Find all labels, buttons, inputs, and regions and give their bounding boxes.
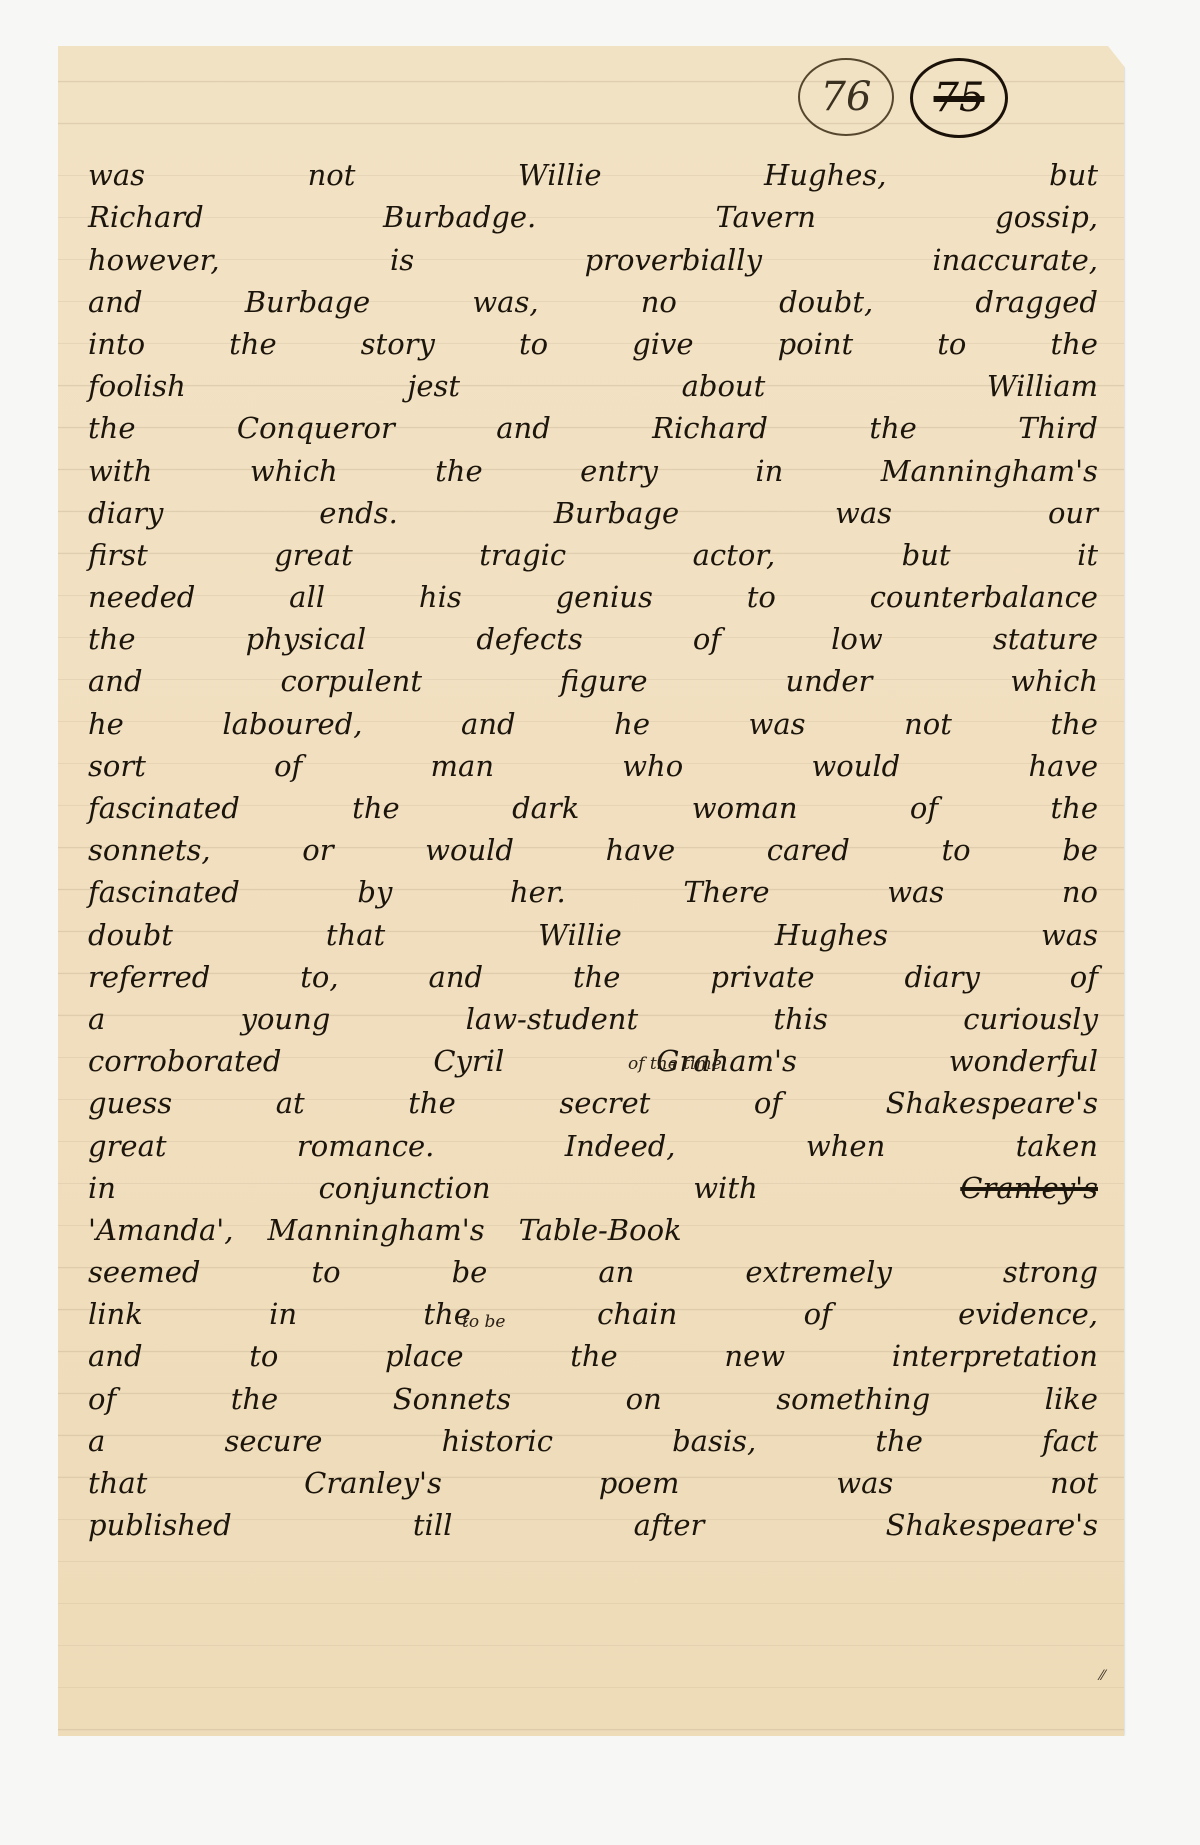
manuscript-word: who — [622, 749, 683, 783]
manuscript-word: basis, — [672, 1424, 756, 1458]
manuscript-word: Conqueror — [237, 411, 395, 445]
manuscript-word: a — [88, 1002, 105, 1036]
manuscript-line: however,isproverbiallyinaccurate, — [88, 234, 1098, 276]
manuscript-word: entry — [580, 454, 658, 488]
manuscript-line: wasnotWillieHughes,but — [88, 150, 1098, 192]
manuscript-word: about — [682, 369, 766, 403]
manuscript-word: in — [755, 454, 783, 488]
manuscript-line: foolishjestaboutWilliam — [88, 361, 1098, 403]
manuscript-word: the — [435, 454, 483, 488]
manuscript-word: and — [429, 960, 484, 994]
manuscript-word: woman — [692, 791, 798, 825]
pencil-mark: ⁄⁄ — [1100, 1668, 1105, 1684]
manuscript-word: with — [693, 1171, 757, 1205]
manuscript-word: no — [1062, 875, 1098, 909]
manuscript-word: the — [408, 1086, 456, 1120]
manuscript-word: dark — [512, 791, 579, 825]
manuscript-line: asecurehistoricbasis,thefact — [88, 1416, 1098, 1458]
manuscript-word: he — [88, 707, 124, 741]
manuscript-line: inconjunctionwithCranley's — [88, 1163, 1098, 1205]
manuscript-word: law-student — [466, 1002, 638, 1036]
manuscript-word: that — [88, 1466, 147, 1500]
manuscript-word: published — [88, 1508, 232, 1542]
manuscript-line: RichardBurbadge.Taverngossip, — [88, 192, 1098, 234]
manuscript-word: have — [1028, 749, 1098, 783]
manuscript-word: William — [987, 369, 1098, 403]
manuscript-word: to — [941, 833, 970, 867]
manuscript-word: after — [634, 1508, 705, 1542]
manuscript-word: laboured, — [222, 707, 362, 741]
manuscript-word: in — [269, 1297, 297, 1331]
manuscript-word: foolish — [88, 369, 186, 403]
manuscript-word: secret — [559, 1086, 650, 1120]
manuscript-word: like — [1045, 1382, 1098, 1416]
manuscript-word: give — [632, 327, 693, 361]
manuscript-word: the — [1050, 791, 1098, 825]
manuscript-word: Shakespeare's — [886, 1508, 1098, 1542]
manuscript-word: stature — [993, 622, 1098, 656]
manuscript-word: private — [710, 960, 814, 994]
manuscript-word: story — [361, 327, 435, 361]
manuscript-word: Hughes, — [764, 158, 886, 192]
manuscript-word: Cranley's — [960, 1171, 1098, 1205]
manuscript-word: it — [1077, 538, 1098, 572]
manuscript-word: Manningham's — [267, 1213, 484, 1247]
manuscript-line: andBurbagewas,nodoubt,dragged — [88, 277, 1098, 319]
manuscript-word: to, — [300, 960, 338, 994]
manuscript-word: and — [88, 285, 143, 319]
manuscript-word: man — [431, 749, 494, 783]
manuscript-line: doubtthatWillieHugheswas — [88, 909, 1098, 951]
manuscript-word: be — [1062, 833, 1098, 867]
manuscript-word: gossip, — [995, 200, 1098, 234]
manuscript-word: sort — [88, 749, 146, 783]
manuscript-word: which — [1010, 664, 1098, 698]
manuscript-word: which — [250, 454, 338, 488]
manuscript-word: was — [835, 496, 892, 530]
manuscript-word: romance. — [297, 1129, 434, 1163]
manuscript-word: chain — [597, 1297, 677, 1331]
manuscript-word: fascinated — [88, 791, 240, 825]
manuscript-word: physical — [246, 622, 367, 656]
manuscript-word: inaccurate, — [932, 243, 1098, 277]
manuscript-word: would — [425, 833, 514, 867]
manuscript-word: 'Amanda', — [88, 1213, 233, 1247]
interlinear-insertion: to be — [462, 1312, 505, 1332]
manuscript-word: but — [902, 538, 951, 572]
manuscript-word: figure — [560, 664, 648, 698]
manuscript-word: all — [289, 580, 325, 614]
manuscript-word: fact — [1042, 1424, 1098, 1458]
manuscript-word: the — [352, 791, 400, 825]
manuscript-line: theConquerorandRichardtheThird — [88, 403, 1098, 445]
manuscript-word: conjunction — [319, 1171, 491, 1205]
manuscript-word: genius — [556, 580, 653, 614]
manuscript-word: a — [88, 1424, 105, 1458]
manuscript-word: poem — [599, 1466, 680, 1500]
manuscript-word: needed — [88, 580, 195, 614]
manuscript-word: place — [385, 1339, 464, 1373]
manuscript-text: wasnotWillieHughes,butRichardBurbadge.Ta… — [88, 150, 1098, 1542]
manuscript-word: our — [1048, 496, 1098, 530]
manuscript-word: dragged — [975, 285, 1098, 319]
manuscript-line: withwhichtheentryinManningham's — [88, 445, 1098, 487]
manuscript-line: andtoplacethenewinterpretation — [88, 1331, 1098, 1373]
manuscript-word: guess — [88, 1086, 172, 1120]
manuscript-word: Cranley's — [304, 1466, 442, 1500]
manuscript-word: corpulent — [280, 664, 422, 698]
manuscript-word: There — [683, 875, 769, 909]
manuscript-word: of — [693, 622, 721, 656]
manuscript-word: not — [308, 158, 356, 192]
manuscript-word: have — [606, 833, 676, 867]
manuscript-word: was, — [472, 285, 538, 319]
manuscript-word: of — [1070, 960, 1098, 994]
manuscript-word: ends. — [319, 496, 398, 530]
manuscript-word: was — [887, 875, 944, 909]
manuscript-word: of — [804, 1297, 832, 1331]
manuscript-word: Willie — [538, 918, 622, 952]
manuscript-word: not — [1050, 1466, 1098, 1500]
manuscript-word: Burbage — [554, 496, 679, 530]
manuscript-word: an — [598, 1255, 634, 1289]
manuscript-word: strong — [1003, 1255, 1098, 1289]
manuscript-word: to — [937, 327, 966, 361]
manuscript-word: the — [229, 327, 277, 361]
manuscript-word: the — [1050, 327, 1098, 361]
manuscript-word: of — [910, 791, 938, 825]
manuscript-word: link — [88, 1297, 143, 1331]
manuscript-word: counterbalance — [870, 580, 1098, 614]
manuscript-word: be — [452, 1255, 488, 1289]
struck-page-number: 75 — [934, 75, 985, 121]
manuscript-word: Sonnets — [393, 1382, 511, 1416]
manuscript-word: and — [88, 664, 143, 698]
manuscript-word: Manningham's — [881, 454, 1098, 488]
manuscript-word: point — [778, 327, 854, 361]
manuscript-line: corroboratedCyrilGraham'swonderful — [88, 1036, 1098, 1078]
page-number-circle: 76 — [798, 58, 894, 136]
manuscript-word: secure — [224, 1424, 322, 1458]
manuscript-word: by — [357, 875, 392, 909]
manuscript-word: Richard — [652, 411, 768, 445]
manuscript-word: was — [1041, 918, 1098, 952]
manuscript-word: to — [311, 1255, 340, 1289]
manuscript-word: the — [88, 411, 136, 445]
manuscript-word: wonderful — [949, 1044, 1098, 1078]
manuscript-word: the — [231, 1382, 279, 1416]
manuscript-word: at — [276, 1086, 305, 1120]
manuscript-word: and — [461, 707, 516, 741]
manuscript-word: referred — [88, 960, 210, 994]
manuscript-word: extremely — [745, 1255, 892, 1289]
manuscript-word: Cyril — [433, 1044, 504, 1078]
manuscript-word: Hughes — [775, 918, 888, 952]
manuscript-word: was — [88, 158, 145, 192]
manuscript-word: Indeed, — [565, 1129, 676, 1163]
manuscript-word: and — [88, 1339, 143, 1373]
manuscript-word: doubt, — [779, 285, 873, 319]
manuscript-word: of — [754, 1086, 782, 1120]
manuscript-line: 'Amanda',Manningham'sTable-Book — [88, 1205, 1098, 1247]
manuscript-word: Table-Book — [519, 1213, 682, 1247]
manuscript-line: neededallhisgeniustocounterbalance — [88, 572, 1098, 614]
manuscript-word: curiously — [963, 1002, 1098, 1036]
manuscript-word: defects — [476, 622, 582, 656]
manuscript-word: would — [811, 749, 900, 783]
manuscript-word: diary — [88, 496, 163, 530]
manuscript-word: the — [869, 411, 917, 445]
manuscript-word: doubt — [88, 918, 173, 952]
manuscript-word: under — [785, 664, 872, 698]
manuscript-word: evidence, — [958, 1297, 1098, 1331]
manuscript-word: but — [1049, 158, 1098, 192]
manuscript-word: was — [836, 1466, 893, 1500]
manuscript-word: Burbage — [245, 285, 370, 319]
manuscript-word: no — [641, 285, 677, 319]
manuscript-word: sonnets, — [88, 833, 211, 867]
manuscript-line: seemedtobeanextremelystrong — [88, 1247, 1098, 1289]
manuscript-word: taken — [1016, 1129, 1098, 1163]
manuscript-word: first — [88, 538, 148, 572]
manuscript-word: on — [626, 1382, 662, 1416]
manuscript-word: to — [519, 327, 548, 361]
manuscript-word: the — [570, 1339, 618, 1373]
manuscript-word: his — [419, 580, 462, 614]
manuscript-line: sortofmanwhowouldhave — [88, 741, 1098, 783]
manuscript-line: andcorpulentfigureunderwhich — [88, 656, 1098, 698]
manuscript-word: young — [241, 1002, 331, 1036]
manuscript-word: something — [776, 1382, 930, 1416]
manuscript-word: and — [496, 411, 551, 445]
manuscript-word: to — [747, 580, 776, 614]
manuscript-word: diary — [904, 960, 979, 994]
manuscript-line: helaboured,andhewasnotthe — [88, 698, 1098, 740]
manuscript-word: that — [326, 918, 385, 952]
manuscript-word: fascinated — [88, 875, 240, 909]
manuscript-word: this — [773, 1002, 828, 1036]
manuscript-word: Tavern — [715, 200, 815, 234]
manuscript-line: ayounglaw-studentthiscuriously — [88, 994, 1098, 1036]
manuscript-word: of — [274, 749, 302, 783]
manuscript-word: into — [88, 327, 145, 361]
manuscript-word: corroborated — [88, 1044, 281, 1078]
manuscript-line: thatCranley'spoemwasnot — [88, 1458, 1098, 1500]
manuscript-word: to — [249, 1339, 278, 1373]
manuscript-word: however, — [88, 243, 220, 277]
manuscript-word: Willie — [518, 158, 602, 192]
manuscript-word: Shakespeare's — [886, 1086, 1098, 1120]
manuscript-word: great — [88, 1129, 167, 1163]
manuscript-word: Richard — [88, 200, 204, 234]
manuscript-word: the — [573, 960, 621, 994]
manuscript-word: seemed — [88, 1255, 200, 1289]
manuscript-line: referredto,andtheprivatediaryof — [88, 952, 1098, 994]
manuscript-line: greatromance.Indeed,whentaken — [88, 1120, 1098, 1162]
manuscript-word: tragic — [479, 538, 566, 572]
manuscript-word: in — [88, 1171, 116, 1205]
interlinear-insertion: of the time — [628, 1054, 722, 1074]
manuscript-line: oftheSonnetsonsomethinglike — [88, 1373, 1098, 1415]
manuscript-word: he — [614, 707, 650, 741]
manuscript-word: new — [724, 1339, 785, 1373]
manuscript-line: fascinatedthedarkwomanofthe — [88, 783, 1098, 825]
manuscript-word: cared — [767, 833, 850, 867]
manuscript-word: or — [302, 833, 333, 867]
manuscript-line: sonnets,orwouldhavecaredtobe — [88, 825, 1098, 867]
manuscript-word: was — [749, 707, 806, 741]
manuscript-word: the — [1050, 707, 1098, 741]
struck-page-number-circle: 75 — [910, 58, 1008, 138]
manuscript-word: the — [875, 1424, 923, 1458]
manuscript-word: historic — [442, 1424, 553, 1458]
manuscript-line: fascinatedbyher.Therewasno — [88, 867, 1098, 909]
manuscript-word: interpretation — [892, 1339, 1098, 1373]
manuscript-word: when — [806, 1129, 885, 1163]
manuscript-line: guessatthesecretofShakespeare's — [88, 1078, 1098, 1120]
manuscript-line: linkinthechainofevidence, — [88, 1289, 1098, 1331]
manuscript-word: actor, — [693, 538, 776, 572]
manuscript-word: with — [88, 454, 152, 488]
manuscript-word: low — [831, 622, 883, 656]
manuscript-word: great — [274, 538, 353, 572]
manuscript-line: intothestorytogivepointtothe — [88, 319, 1098, 361]
manuscript-word: the — [88, 622, 136, 656]
manuscript-line: diaryends.Burbagewasour — [88, 488, 1098, 530]
manuscript-word: proverbially — [585, 243, 762, 277]
manuscript-word: Third — [1018, 411, 1098, 445]
manuscript-word: is — [390, 243, 414, 277]
manuscript-line: thephysicaldefectsoflowstature — [88, 614, 1098, 656]
manuscript-line: publishedtillafterShakespeare's — [88, 1500, 1098, 1542]
manuscript-word: till — [413, 1508, 452, 1542]
manuscript-word: of — [88, 1382, 116, 1416]
manuscript-word: her. — [510, 875, 566, 909]
manuscript-line: firstgreattragicactor,butit — [88, 530, 1098, 572]
manuscript-word: not — [904, 707, 952, 741]
page-number: 76 — [821, 74, 872, 120]
manuscript-word: Burbadge. — [383, 200, 536, 234]
manuscript-word: jest — [407, 369, 460, 403]
